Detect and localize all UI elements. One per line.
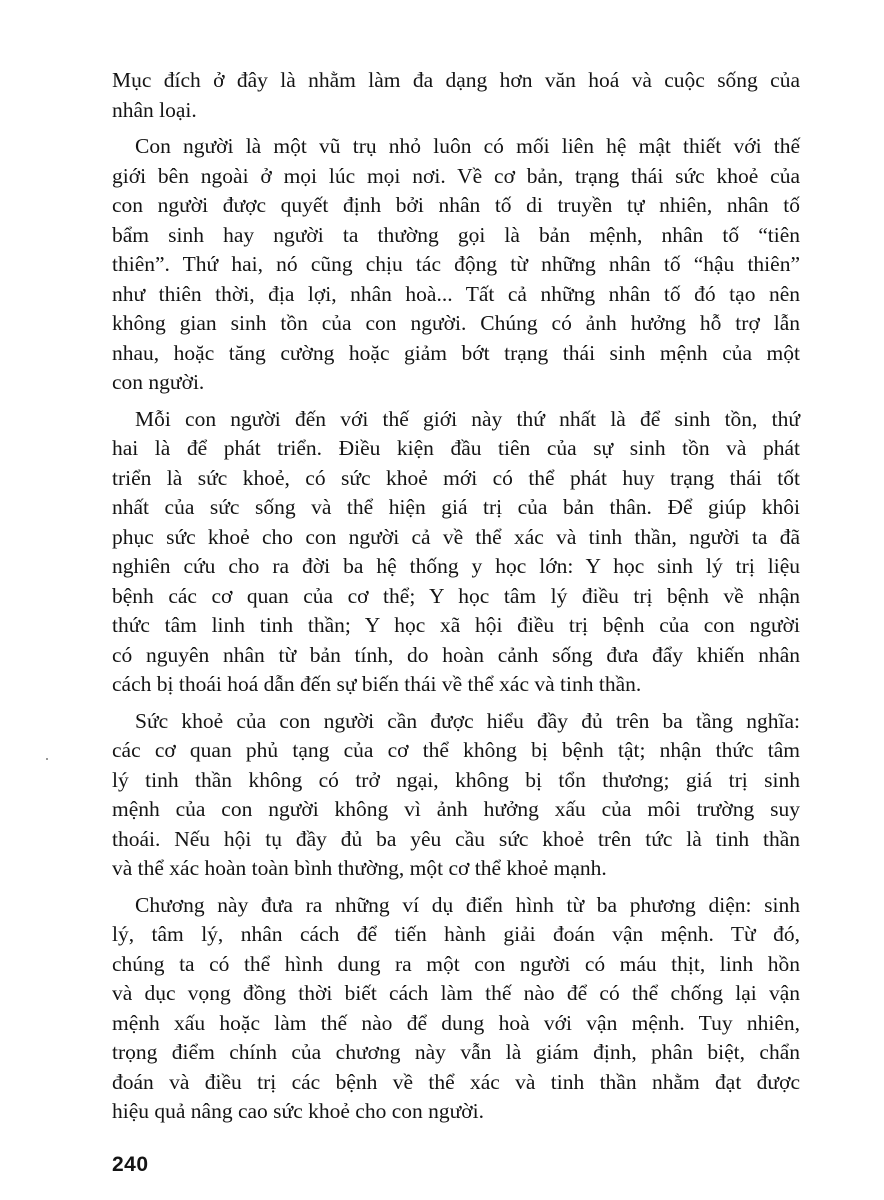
text-line: có nguyên nhân từ bản tính, do hoàn cảnh…	[112, 641, 800, 671]
text-line: Chương này đưa ra những ví dụ điển hình …	[112, 891, 800, 921]
text-line: Mục đích ở đây là nhằm làm đa dạng hơn v…	[112, 66, 800, 96]
text-line: thiên”. Thứ hai, nó cũng chịu tác động t…	[112, 250, 800, 280]
text-line: bệnh các cơ quan của cơ thể; Y học tâm l…	[112, 582, 800, 612]
paragraph-2: Con người là một vũ trụ nhỏ luôn có mối …	[112, 132, 800, 398]
paragraph-4: Sức khoẻ của con người cần được hiểu đầy…	[112, 707, 800, 884]
body-text: Mục đích ở đây là nhằm làm đa dạng hơn v…	[112, 66, 800, 1134]
book-page: Mục đích ở đây là nhằm làm đa dạng hơn v…	[0, 0, 884, 1200]
text-line: đoán và điều trị các bệnh về thể xác và …	[112, 1068, 800, 1098]
text-line: cách bị thoái hoá dẫn đến sự biến thái v…	[112, 670, 800, 700]
text-line: trọng điểm chính của chương này vẫn là g…	[112, 1038, 800, 1068]
text-line: và dục vọng đồng thời biết cách làm thế …	[112, 979, 800, 1009]
text-line: giới bên ngoài ở mọi lúc mọi nơi. Về cơ …	[112, 162, 800, 192]
text-line: nhân loại.	[112, 96, 800, 126]
text-line: thoái. Nếu hội tụ đầy đủ ba yêu cầu sức …	[112, 825, 800, 855]
paragraph-3: Mỗi con người đến với thế giới này thứ n…	[112, 405, 800, 700]
text-line: hai là để phát triển. Điều kiện đầu tiên…	[112, 434, 800, 464]
text-line: con người được quyết định bởi nhân tố di…	[112, 191, 800, 221]
text-line: lý, tâm lý, nhân cách để tiến hành giải …	[112, 920, 800, 950]
text-line: các cơ quan phủ tạng của cơ thể không bị…	[112, 736, 800, 766]
text-line: Mỗi con người đến với thế giới này thứ n…	[112, 405, 800, 435]
text-line: hiệu quả nâng cao sức khoẻ cho con người…	[112, 1097, 800, 1127]
text-line: bẩm sinh hay người ta thường gọi là bản …	[112, 221, 800, 251]
scan-speck	[46, 758, 48, 760]
text-line: thức tâm linh tinh thần; Y học xã hội đi…	[112, 611, 800, 641]
text-line: nhau, hoặc tăng cường hoặc giảm bớt trạn…	[112, 339, 800, 369]
page-number: 240	[112, 1153, 149, 1177]
paragraph-5: Chương này đưa ra những ví dụ điển hình …	[112, 891, 800, 1127]
text-line: như thiên thời, địa lợi, nhân hoà... Tất…	[112, 280, 800, 310]
text-line: Con người là một vũ trụ nhỏ luôn có mối …	[112, 132, 800, 162]
text-line: con người.	[112, 368, 800, 398]
text-line: và thể xác hoàn toàn bình thường, một cơ…	[112, 854, 800, 884]
text-line: nghiên cứu cho ra đời ba hệ thống y học …	[112, 552, 800, 582]
text-line: không gian sinh tồn của con người. Chúng…	[112, 309, 800, 339]
text-line: chúng ta có thể hình dung ra một con ngư…	[112, 950, 800, 980]
text-line: phục sức khoẻ cho con người cả về thể xá…	[112, 523, 800, 553]
text-line: mệnh xấu hoặc làm thế nào để dung hoà vớ…	[112, 1009, 800, 1039]
text-line: mệnh của con người không vì ảnh hưởng xấ…	[112, 795, 800, 825]
text-line: lý tinh thần không có trở ngại, không bị…	[112, 766, 800, 796]
text-line: Sức khoẻ của con người cần được hiểu đầy…	[112, 707, 800, 737]
text-line: nhất của sức sống và thể hiện giá trị củ…	[112, 493, 800, 523]
paragraph-1: Mục đích ở đây là nhằm làm đa dạng hơn v…	[112, 66, 800, 125]
text-line: triển là sức khoẻ, có sức khoẻ mới có th…	[112, 464, 800, 494]
